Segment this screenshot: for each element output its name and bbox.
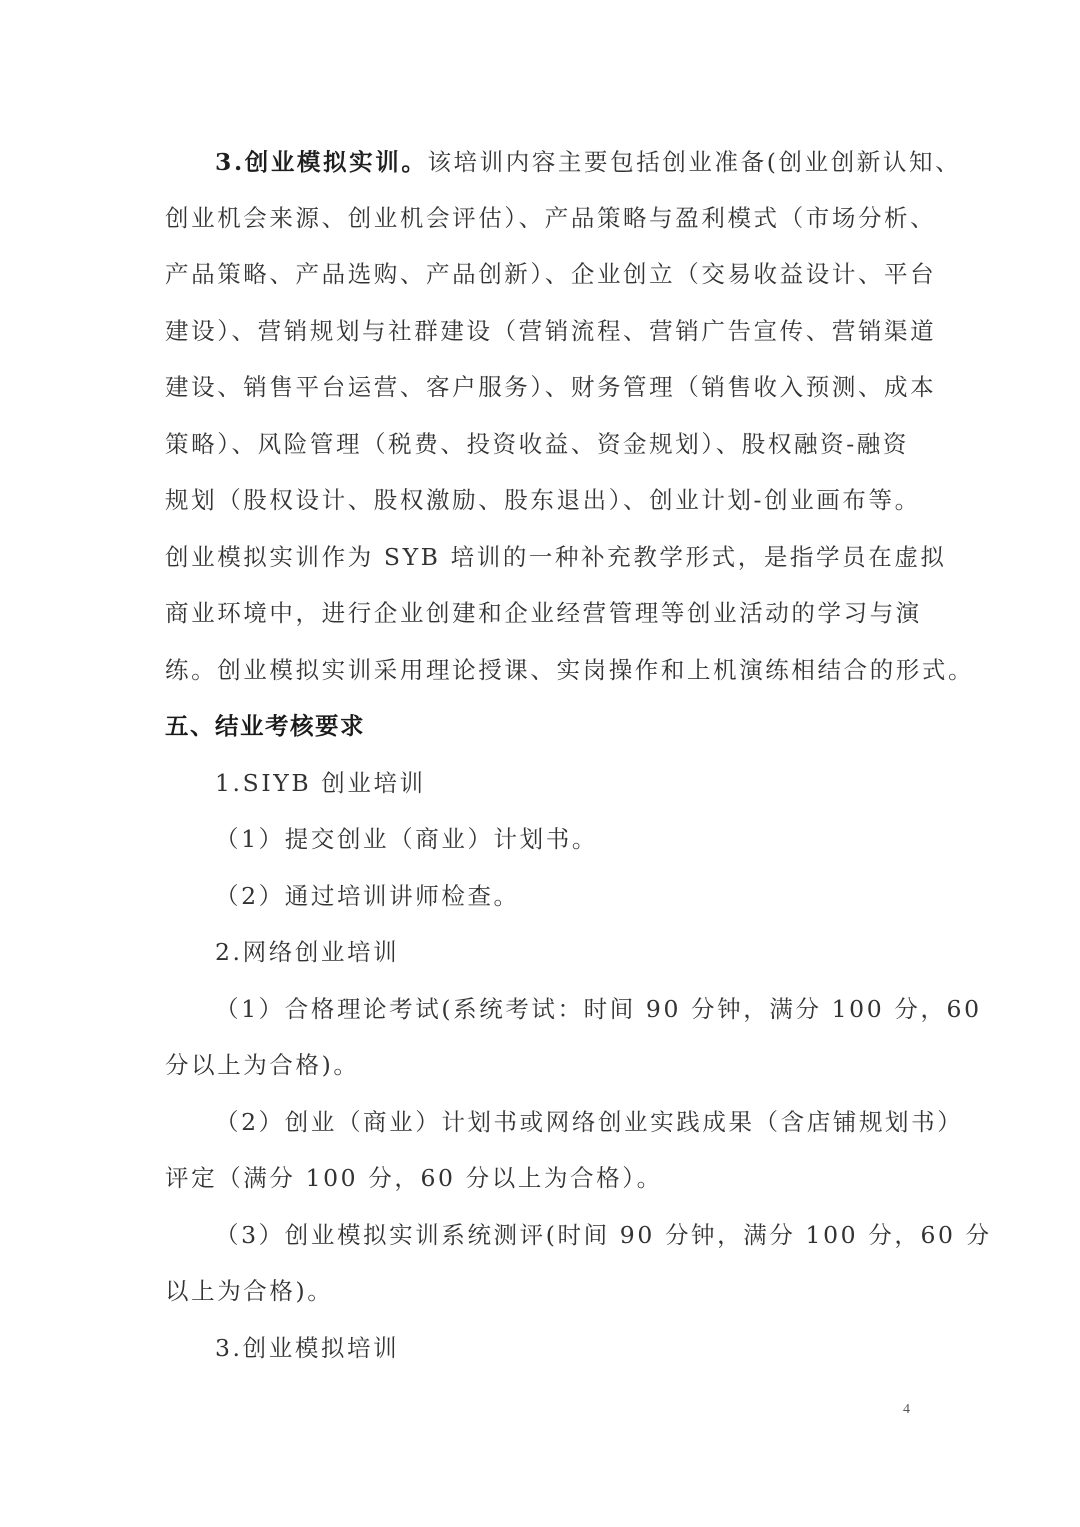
document-page: 3.创业模拟实训。该培训内容主要包括创业准备(创业创新认知、 创业机会来源、创业… <box>0 0 1080 1527</box>
paragraph-line: 商业环境中，进行企业创建和企业经营管理等创业活动的学习与演 <box>165 598 925 628</box>
paragraph-line: 策略）、风险管理（税费、投资收益、资金规划）、股权融资-融资 <box>165 429 925 459</box>
subsection-title: 3.创业模拟培训 <box>215 1333 975 1363</box>
paragraph-line: 建设）、营销规划与社群建设（营销流程、营销广告宣传、营销渠道 <box>165 316 925 346</box>
page-number: 4 <box>903 1402 910 1418</box>
requirement-line: 以上为合格)。 <box>165 1276 925 1306</box>
paragraph-line: 产品策略、产品选购、产品创新）、企业创立（交易收益设计、平台 <box>165 259 925 289</box>
requirement-line: （1）合格理论考试(系统考试：时间 90 分钟，满分 100 分，60 <box>215 994 975 1024</box>
requirement-line: （2）通过培训讲师检查。 <box>215 881 975 911</box>
requirement-line: （3）创业模拟实训系统测评(时间 90 分钟，满分 100 分，60 分 <box>215 1220 975 1250</box>
paragraph-line: 建设、销售平台运营、客户服务）、财务管理（销售收入预测、成本 <box>165 372 925 402</box>
paragraph-line: 创业模拟实训作为 SYB 培训的一种补充教学形式，是指学员在虚拟 <box>165 542 925 572</box>
paragraph-line: 3.创业模拟实训。该培训内容主要包括创业准备(创业创新认知、 <box>215 147 975 177</box>
paragraph-text: 该培训内容主要包括创业准备(创业创新认知、 <box>427 148 961 176</box>
paragraph-line: 规划（股权设计、股权激励、股东退出）、创业计划-创业画布等。 <box>165 485 925 515</box>
section-heading: 五、结业考核要求 <box>165 711 925 741</box>
paragraph-line: 创业机会来源、创业机会评估）、产品策略与盈利模式（市场分析、 <box>165 203 925 233</box>
requirement-line: （1）提交创业（商业）计划书。 <box>215 824 975 854</box>
requirement-line: （2）创业（商业）计划书或网络创业实践成果（含店铺规划书） <box>215 1107 975 1137</box>
subsection-title: 3.创业模拟实训。 <box>215 148 427 176</box>
requirement-line: 评定（满分 100 分，60 分以上为合格）。 <box>165 1163 925 1193</box>
requirement-line: 分以上为合格)。 <box>165 1050 925 1080</box>
subsection-title: 1.SIYB 创业培训 <box>215 768 975 798</box>
subsection-title: 2.网络创业培训 <box>215 937 975 967</box>
paragraph-line: 练。创业模拟实训采用理论授课、实岗操作和上机演练相结合的形式。 <box>165 655 925 685</box>
